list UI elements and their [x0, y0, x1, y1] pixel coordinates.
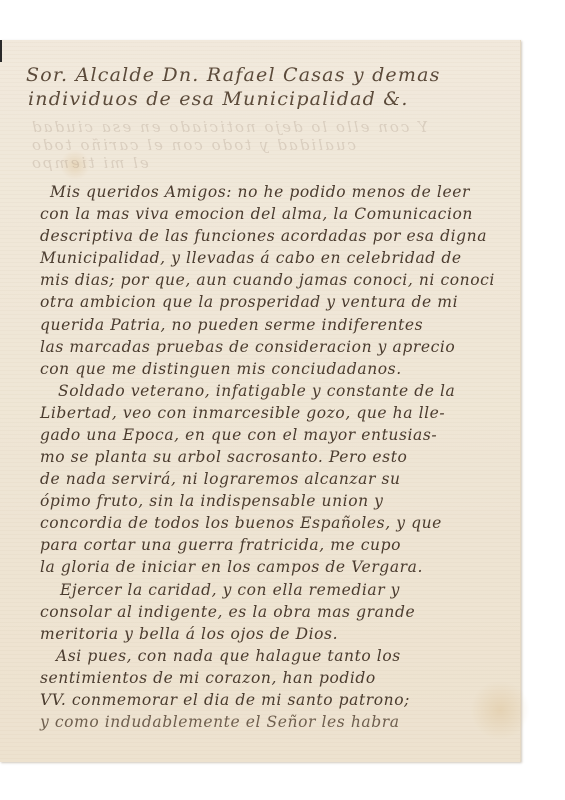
body-line: mis dias; por que, aun cuando jamas cono…: [1, 270, 505, 289]
body-line: Soldado veterano, infatigable y constant…: [2, 381, 505, 400]
body-line: concordia de todos los buenos Españoles,…: [1, 513, 505, 532]
bleed-through-text: Y con ello lo dejo noticiado en esa ciud…: [0, 118, 520, 136]
body-line: Mis queridos Amigos: no he podido menos …: [2, 182, 505, 201]
body-line: Libertad, veo con inmarcesible gozo, que…: [1, 403, 505, 422]
body-line: con que me distinguen mis conciudadanos.: [1, 359, 505, 378]
body-line: sentimientos de mi corazon, han podido: [1, 668, 505, 687]
body-line: querida Patria, no pueden serme indifere…: [1, 315, 505, 334]
bleed-through-text: cualidad y todo con el cariño todo: [0, 136, 520, 154]
body-line: para cortar una guerra fratricida, me cu…: [1, 535, 505, 554]
body-line: Municipalidad, y llevadas á cabo en cele…: [1, 248, 505, 267]
body-line: ópimo fruto, sin la indispensable union …: [1, 491, 505, 510]
body-line: mo se planta su arbol sacrosanto. Pero e…: [1, 447, 505, 466]
body-line: gado una Epoca, en que con el mayor entu…: [1, 425, 505, 444]
letter-addressee-line-1: Sor. Alcalde Dn. Rafael Casas y demas: [0, 64, 520, 86]
body-line: y como indudablemente el Señor les habra: [1, 712, 505, 731]
paper-stain: [470, 680, 530, 740]
body-line: Asi pues, con nada que halague tanto los: [2, 646, 505, 665]
body-line: las marcadas pruebas de consideracion y …: [1, 337, 505, 356]
body-line: Ejercer la caridad, y con ella remediar …: [2, 580, 505, 599]
body-line: la gloria de iniciar en los campos de Ve…: [1, 557, 505, 576]
body-line: de nada servirá, ni lograremos alcanzar …: [1, 469, 505, 488]
body-line: descriptiva de las funciones acordadas p…: [1, 226, 505, 245]
body-line: con la mas viva emocion del alma, la Com…: [1, 204, 505, 223]
body-line: meritoria y bella á los ojos de Dios.: [1, 624, 505, 643]
body-line: VV. conmemorar el dia de mi santo patron…: [1, 690, 505, 709]
letter-addressee-line-2: individuos de esa Municipalidad &.: [0, 88, 520, 110]
body-line: consolar al indigente, es la obra mas gr…: [1, 602, 505, 621]
body-line: otra ambicion que la prosperidad y ventu…: [1, 292, 505, 311]
page-edge-mark: [0, 40, 2, 62]
bleed-through-text: el mi tiempo: [0, 154, 520, 172]
